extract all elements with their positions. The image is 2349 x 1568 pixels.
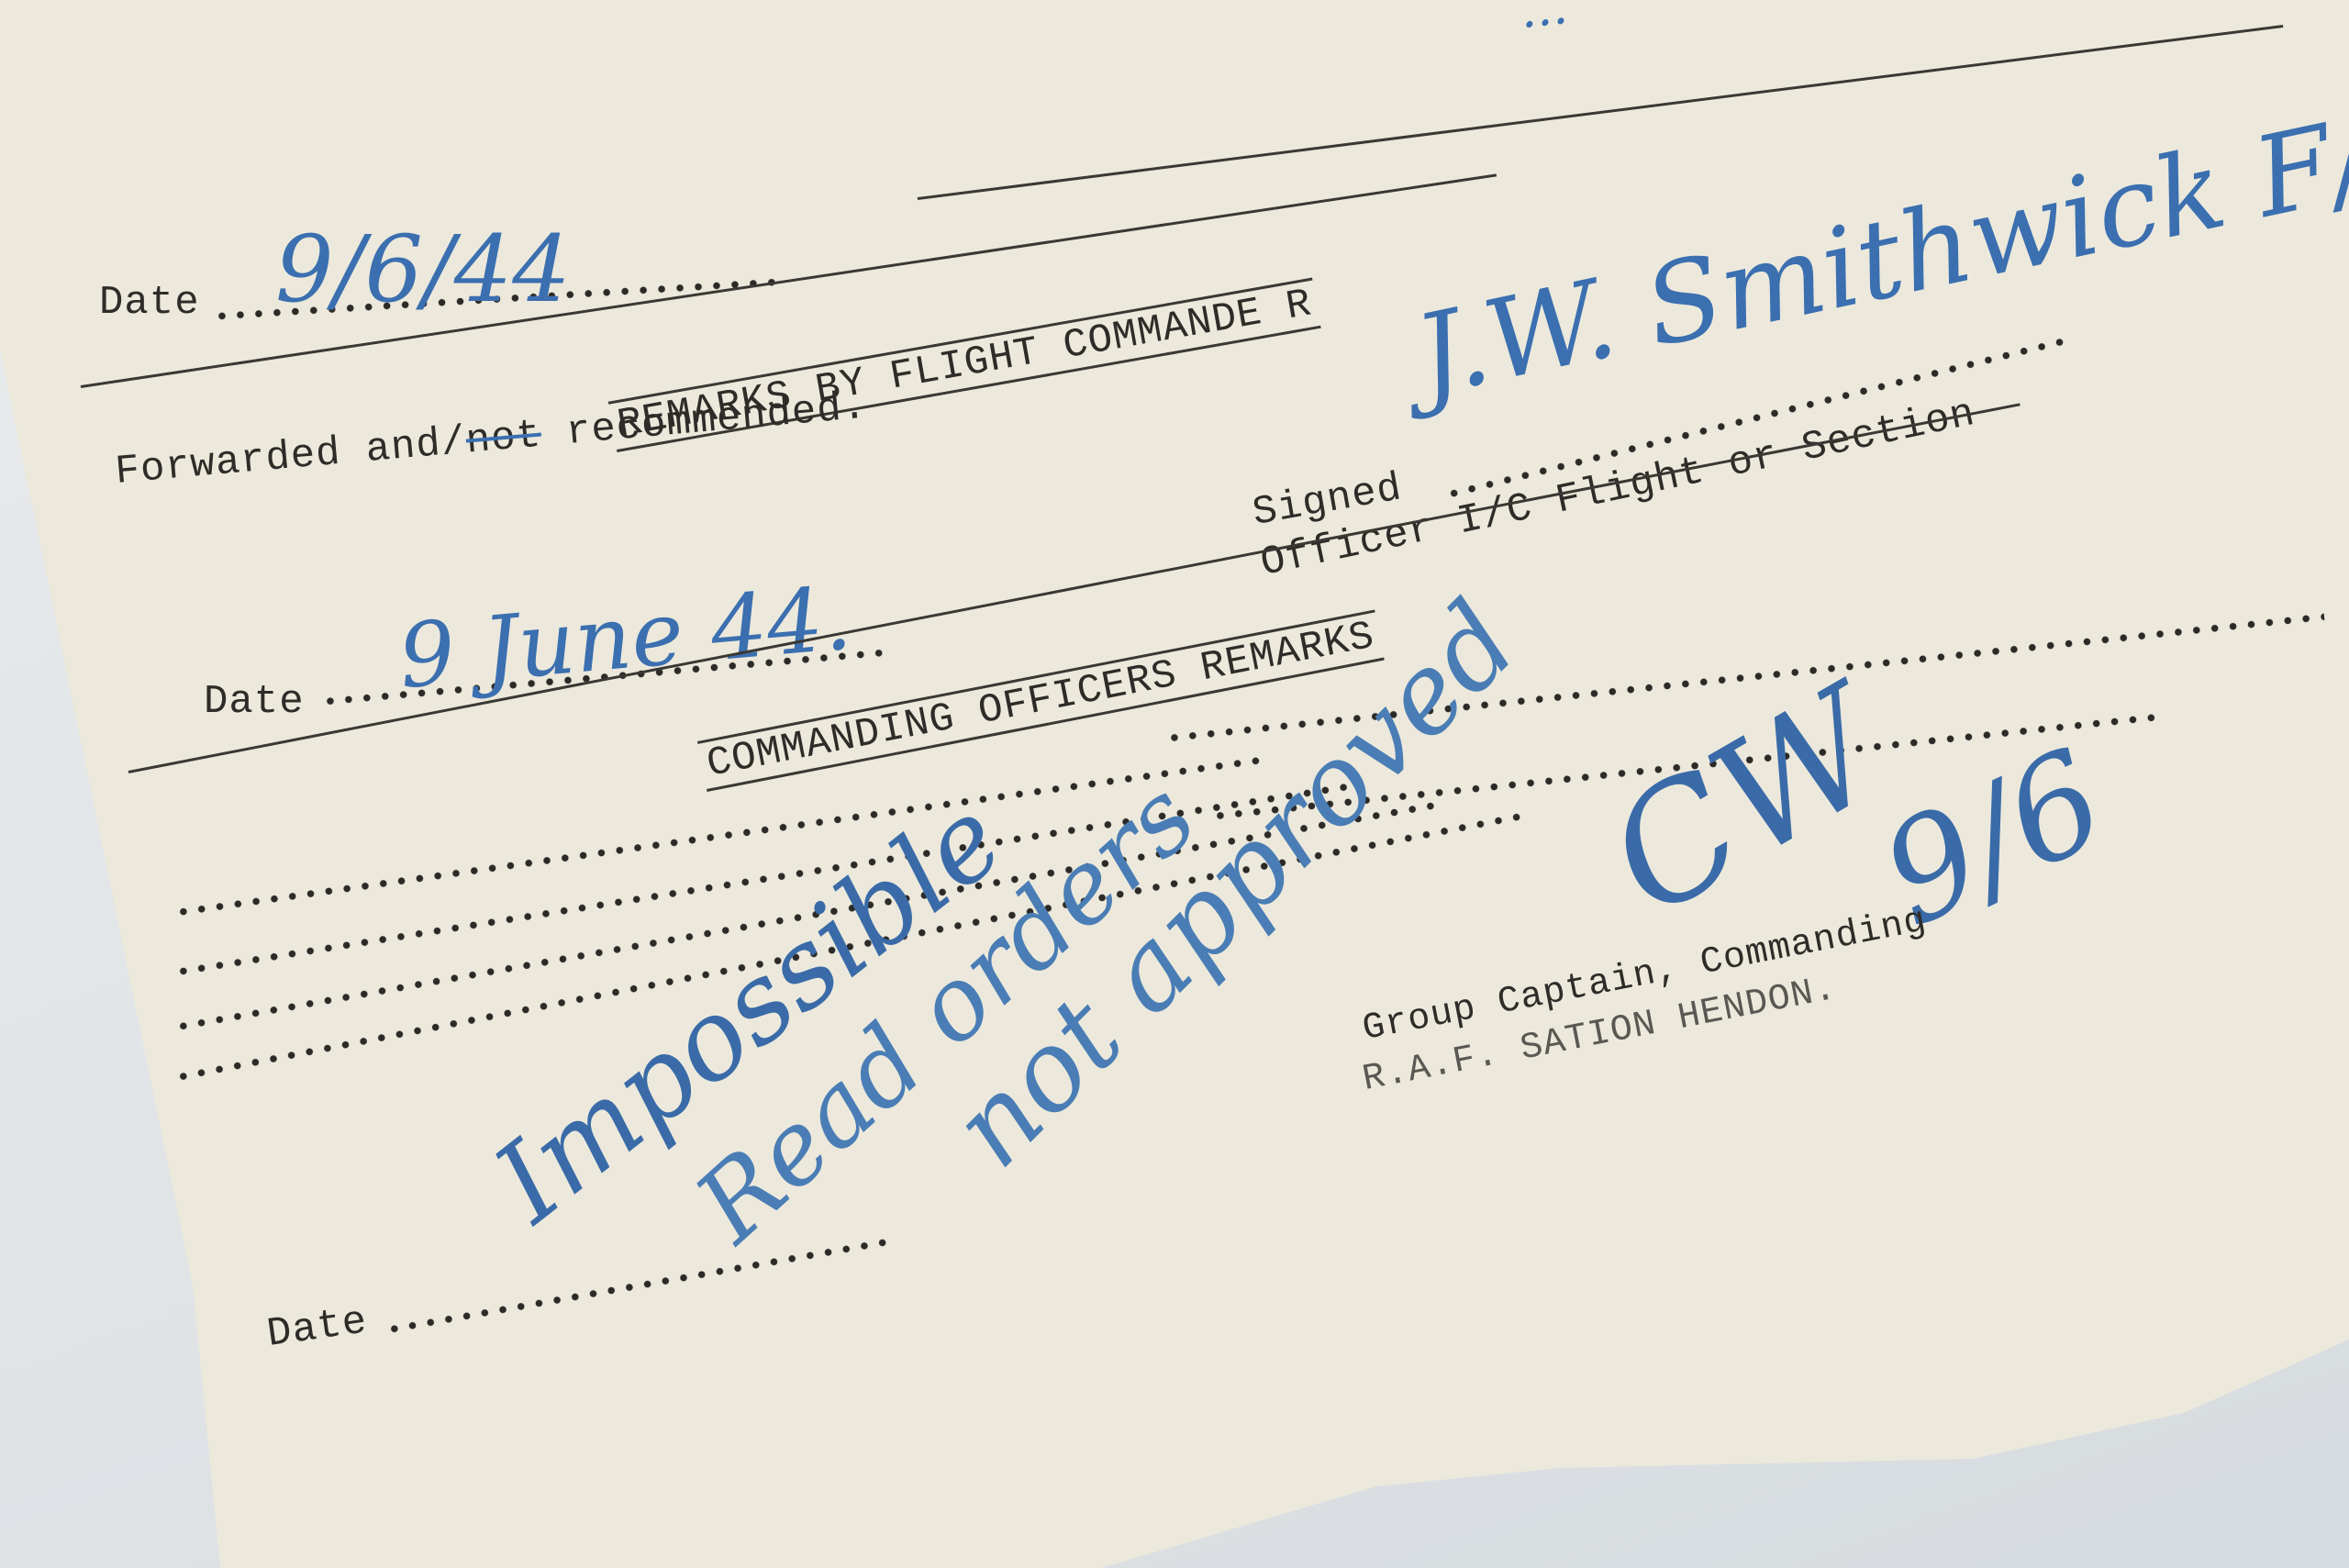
top-handwriting-fragment: ... — [1517, 0, 1570, 39]
date-label-1: Date — [99, 280, 200, 326]
date-handwritten-1: 9/6/44 — [275, 216, 571, 323]
photo-scene: ... Date 9/6/44 REMARKS BY FLIGHT COMMAN… — [0, 0, 2349, 1568]
date-label-2: Date — [204, 679, 305, 725]
struck-word-not: not — [464, 413, 543, 465]
